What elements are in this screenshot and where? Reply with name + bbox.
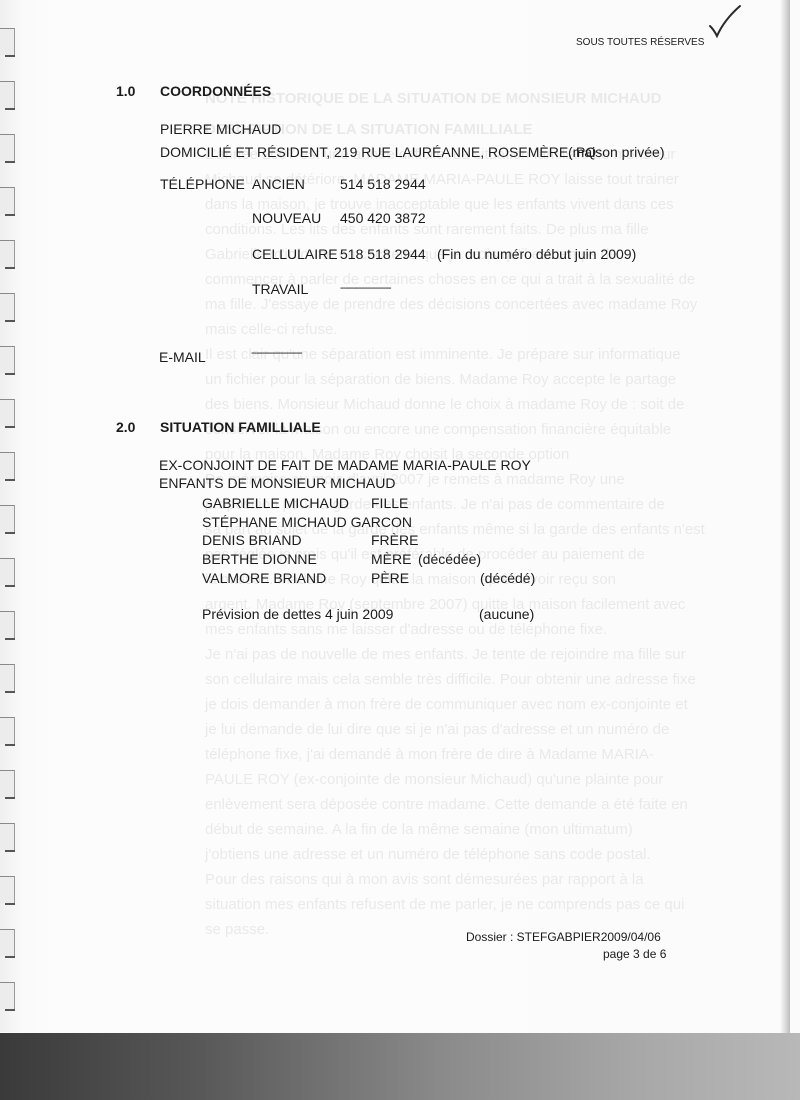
debts-value: (aucune) [479, 606, 534, 622]
show-through-line: son cellulaire mais cela semble très dif… [205, 667, 705, 692]
show-through-line: Pour des raisons qui à mon avis sont dém… [205, 867, 705, 892]
phone-type: TRAVAIL [252, 281, 308, 297]
show-through-line: début de semaine. A la fin de la même se… [205, 817, 705, 842]
show-through-line: j'obtiens une adresse et un numéro de té… [205, 842, 705, 867]
binding-hole [0, 134, 15, 161]
binding-hole [0, 664, 15, 691]
binding-hole [0, 611, 15, 638]
member-relation: MÈRE [371, 551, 411, 567]
binding-hole [0, 717, 15, 744]
section-1-title: COORDONNÉES [160, 83, 271, 99]
address-note: (maison privée) [568, 144, 664, 160]
phone-note: (Fin du numéro début juin 2009) [437, 246, 636, 262]
email-value: ------------------- [251, 347, 302, 359]
binding-hole [0, 982, 15, 1009]
binding-hole [0, 876, 15, 903]
show-through-line: des biens. Monsieur Michaud donne le cho… [205, 392, 705, 417]
checkmark-icon [706, 4, 746, 40]
phone-type: NOUVEAU [252, 210, 321, 226]
binding-hole [0, 452, 15, 479]
show-through-line: Je n'ai pas de nouvelle de mes enfants. … [205, 642, 705, 667]
binding-hole [0, 293, 15, 320]
show-through-line: un fichier pour la séparation de biens. … [205, 367, 705, 392]
binding-hole [0, 240, 15, 267]
show-through-line: NOTE HISTORIQUE DE LA SITUATION DE MONSI… [205, 86, 705, 111]
show-through-line: PAULE ROY (ex-conjointe de monsieur Mich… [205, 767, 705, 792]
show-through-line: enlèvement sera déposée contre madame. C… [205, 792, 705, 817]
member-name: GABRIELLE MICHAUD [202, 495, 349, 511]
disclaimer: SOUS TOUTES RÉSERVES [576, 37, 704, 48]
show-through-line: téléphone fixe, j'ai demandé à mon frère… [205, 742, 705, 767]
member-relation: PÈRE [371, 570, 409, 586]
binding-hole [0, 399, 15, 426]
binding-hole [0, 823, 15, 850]
phone-number: 518 518 2944 [340, 246, 426, 262]
show-through-line: je dois demander à mon frère de communiq… [205, 692, 705, 717]
member-name: VALMORE BRIAND [202, 570, 326, 586]
phone-label: TÉLÉPHONE [160, 176, 245, 192]
binding-hole [0, 28, 15, 55]
member-name: STÉPHANE MICHAUD GARCON [202, 514, 412, 530]
section-2-number: 2.0 [116, 419, 135, 435]
page-edge [780, 0, 790, 1040]
document-page: NOTE HISTORIQUE DE LA SITUATION DE MONSI… [0, 0, 790, 1032]
member-relation: FILLE [371, 495, 408, 511]
binding-hole [0, 187, 15, 214]
phone-number: ------------------- [340, 282, 391, 294]
phone-number: 450 420 3872 [340, 210, 426, 226]
section-1-number: 1.0 [116, 83, 135, 99]
member-status: (décédée) [418, 551, 481, 567]
binding-hole [0, 929, 15, 956]
show-through-line: je lui demande de lui dire que si je n'a… [205, 717, 705, 742]
member-status: (décédé) [480, 570, 535, 586]
binding-hole [0, 505, 15, 532]
page-number: page 3 de 6 [603, 947, 666, 961]
dossier-reference: Dossier : STEFGABPIER2009/04/06 [466, 930, 661, 944]
member-name: DENIS BRIAND [202, 532, 302, 548]
scanner-background [0, 1033, 800, 1100]
phone-type: ANCIEN [252, 176, 305, 192]
show-through-line: mais celle-ci refuse. [205, 317, 705, 342]
binding-hole [0, 81, 15, 108]
member-relation: FRÈRE [371, 532, 418, 548]
ex-spouse-line: EX-CONJOINT DE FAIT DE MADAME MARIA-PAUL… [159, 457, 531, 473]
section-2-title: SITUATION FAMILLIALE [160, 419, 321, 435]
person-name: PIERRE MICHAUD [160, 121, 281, 137]
phone-number: 514 518 2944 [340, 176, 426, 192]
binding-hole [0, 770, 15, 797]
binding-hole [0, 346, 15, 373]
address: DOMICILIÉ ET RÉSIDENT, 219 RUE LAURÉANNE… [160, 144, 596, 160]
member-name: BERTHE DIONNE [202, 551, 317, 567]
debts-label: Prévision de dettes 4 juin 2009 [202, 606, 393, 622]
children-heading: ENFANTS DE MONSIEUR MICHAUD [159, 475, 395, 491]
phone-type: CELLULAIRE [252, 246, 338, 262]
email-label: E-MAIL [159, 349, 206, 365]
binding-hole [0, 558, 15, 585]
show-through-line: situation mes enfants refusent de me par… [205, 892, 705, 917]
